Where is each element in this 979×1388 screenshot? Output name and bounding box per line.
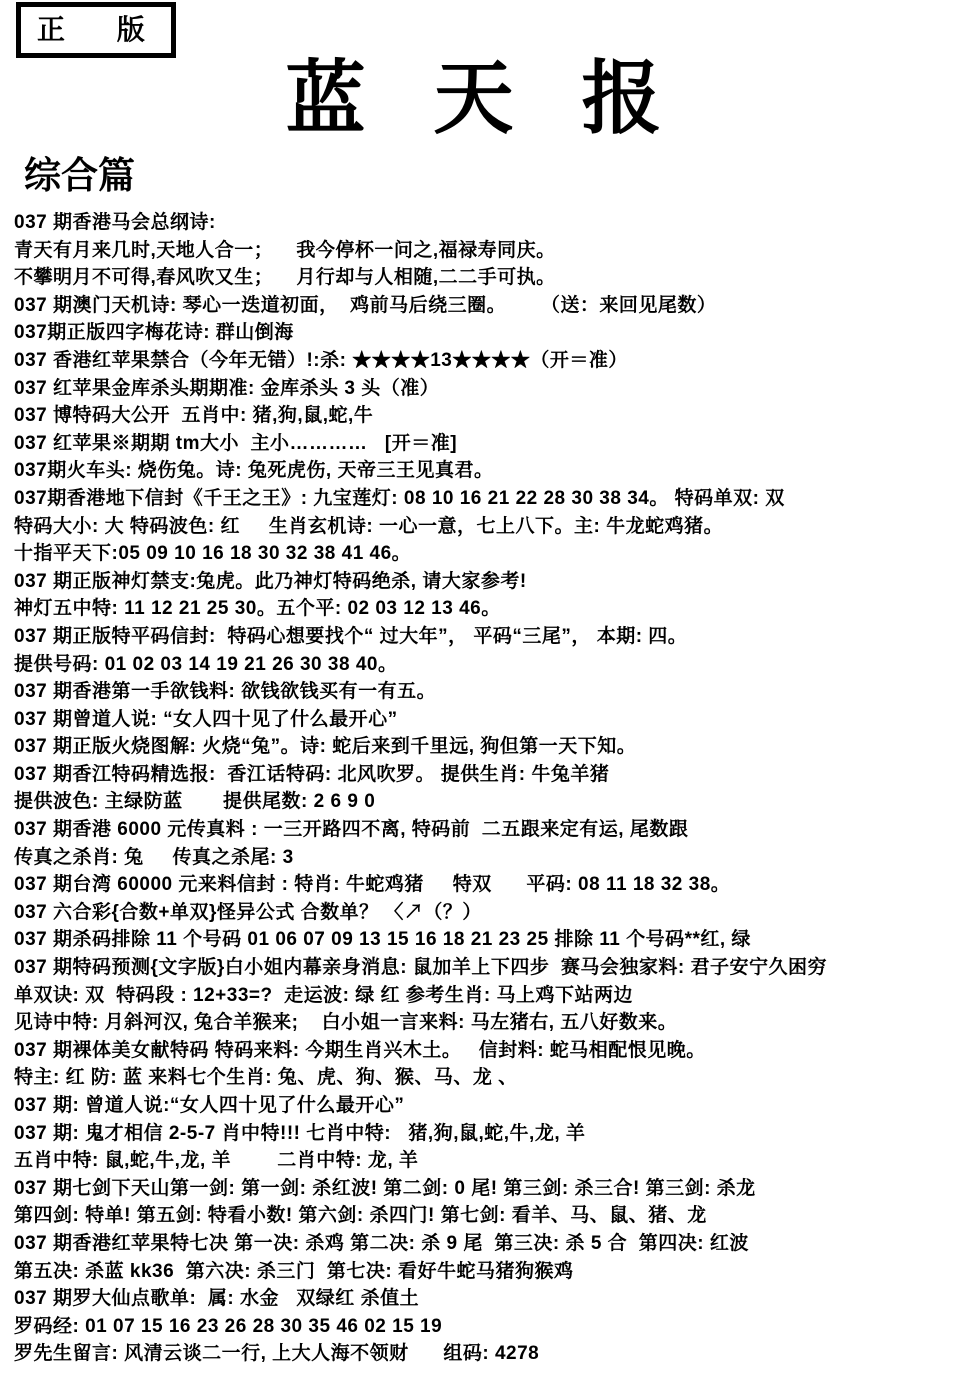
text-line-red-apple-stars: 037 香港红苹果禁合（今年无错）!:杀: ★★★★13★★★★（开＝准） <box>14 347 975 375</box>
text-line-mark-six-formula: 037 六合彩{合数+单双}怪异公式 合数单？ 〈↗（？） <box>14 899 975 927</box>
text-line-ghost-talent: 037 期: 鬼才相信 2-5-7 肖中特!!! 七肖中特: 猪,狗,鼠,蛇,牛… <box>14 1120 975 1148</box>
text-line-underground-envelope: 037期香港地下信封《千王之王》: 九宝莲灯: 08 10 16 21 22 2… <box>14 485 975 513</box>
section-title: 综合篇 <box>24 152 135 200</box>
text-line-magic-lamp-ban: 037 期正版神灯禁支:兔虎。此乃神灯特码绝杀, 请大家参考! <box>14 568 975 596</box>
text-line-seven-zodiac: 特主: 红 防: 蓝 来料七个生肖: 兔、虎、狗、猴、马、龙 、 <box>14 1064 975 1092</box>
text-line-first-hand: 037 期香港第一手欲钱料: 欲钱欲钱买有一有五。 <box>14 678 975 706</box>
text-line-luo-daxian: 037 期罗大仙点歌单: 属: 水金 双绿红 杀值土 <box>14 1285 975 1313</box>
text-line-wave-tail: 提供波色: 主绿防蓝 提供尾数: 2 6 9 0 <box>14 788 975 816</box>
newspaper-title: 蓝天报 <box>0 48 979 148</box>
text-line-plum-poem: 037期正版四字梅花诗: 群山倒海 <box>14 319 975 347</box>
text-line-tm-size: 037 红苹果※期期 tm大小 主小………… [开＝准] <box>14 430 975 458</box>
content-lines: 037 期香港马会总纲诗: 青天有月来几时,天地人合一； 我今停杯一问之,福禄寿… <box>14 209 975 1368</box>
text-line-beauty-special: 037 期裸体美女献特码 特码来料: 今期生肖兴木土。 信封料: 蛇马相配恨见晚… <box>14 1037 975 1065</box>
text-line-five-zodiac: 037 博特码大公开 五肖中: 猪,狗,鼠,蛇,牛 <box>14 402 975 430</box>
text-line-macau-poem: 037 期澳门天机诗: 琴心一迭道初面， 鸡前马后绕三圈。 （送：来回见尾数） <box>14 292 975 320</box>
text-line-luo-codes: 罗码经: 01 07 15 16 23 26 28 30 35 46 02 15… <box>14 1313 975 1341</box>
text-line-xiangjiang-report: 037 期香江特码精选报: 香江话特码: 北风吹罗。 提供生肖: 牛兔羊猪 <box>14 761 975 789</box>
text-line-prediction-text: 037 期特码预测{文字版}白小姐内幕亲身消息: 鼠加羊上下四步 赛马会独家料:… <box>14 954 975 982</box>
text-line-fax-6000: 037 期香港 6000 元传真料 : 一三开路四不离, 特码前 二五跟来定有运… <box>14 816 975 844</box>
text-line-zengdaoren-1: 037 期曾道人说: “女人四十见了什么最开心” <box>14 706 975 734</box>
text-line-taiwan-60000: 037 期台湾 60000 元来料信封 : 特肖: 牛蛇鸡猪 特双 平码: 08… <box>14 871 975 899</box>
text-line-heading-poem: 037 期香港马会总纲诗: <box>14 209 975 237</box>
text-line-fire-diagram: 037 期正版火烧图解: 火烧“兔”。诗: 蛇后来到千里远, 狗但第一天下知。 <box>14 733 975 761</box>
text-line-poem-2: 不攀明月不可得,春风吹又生； 月行却与人相随,二二手可执。 <box>14 264 975 292</box>
text-line-poem-special: 见诗中特: 月斜河汉, 兔合羊猴来; 白小姐一言来料: 马左猪右, 五八好数来。 <box>14 1009 975 1037</box>
text-line-provided-numbers: 提供号码: 01 02 03 14 19 21 26 30 38 40。 <box>14 651 975 679</box>
text-line-kill-codes: 037 期杀码排除 11 个号码 01 06 07 09 13 15 16 18… <box>14 926 975 954</box>
text-line-odd-even: 单双诀: 双 特码段 : 12+33=? 走运波: 绿 红 参考生肖: 马上鸡下… <box>14 982 975 1010</box>
text-line-special-envelope: 037 期正版特平码信封: 特码心想要找个“ 过大年”， 平码“三尾”， 本期:… <box>14 623 975 651</box>
text-line-magic-lamp-five: 神灯五中特: 11 12 21 25 30。五个平: 02 03 12 13 4… <box>14 595 975 623</box>
newspaper-page: 正 版 蓝天报 综合篇 037 期香港马会总纲诗: 青天有月来几时,天地人合一；… <box>0 0 979 1388</box>
text-line-size-wave: 特码大小: 大 特码波色: 红 生肖玄机诗: 一心一意，七上八下。主: 牛龙蛇鸡… <box>14 513 975 541</box>
text-line-zengdaoren-2: 037 期: 曾道人说:“女人四十见了什么最开心” <box>14 1092 975 1120</box>
text-line-seven-tactics-2: 第五决: 杀蓝 kk36 第六决: 杀三门 第七决: 看好牛蛇马猪狗猴鸡 <box>14 1258 975 1286</box>
text-line-seven-swords-1: 037 期七剑下天山第一剑: 第一剑: 杀红波! 第二剑: 0 尾! 第三剑: … <box>14 1175 975 1203</box>
text-line-train-head: 037期火车头: 烧伤兔。诗: 兔死虎伤, 天帝三王见真君。 <box>14 457 975 485</box>
text-line-ten-fingers: 十指平天下:05 09 10 16 18 30 32 38 41 46。 <box>14 540 975 568</box>
text-line-poem-1: 青天有月来几时,天地人合一； 我今停杯一问之,福禄寿同庆。 <box>14 237 975 265</box>
text-line-fax-kill: 传真之杀肖: 兔 传真之杀尾: 3 <box>14 844 975 872</box>
text-line-luo-message: 罗先生留言: 风清云谈二一行, 上大人海不领财 组码: 4278 <box>14 1340 975 1368</box>
text-line-five-two-zodiac: 五肖中特: 鼠,蛇,牛,龙, 羊 二肖中特: 龙, 羊 <box>14 1147 975 1175</box>
text-line-gold-vault: 037 红苹果金库杀头期期准: 金库杀头 3 头（准） <box>14 375 975 403</box>
text-line-seven-tactics-1: 037 期香港红苹果特七决 第一决: 杀鸡 第二决: 杀 9 尾 第三决: 杀 … <box>14 1230 975 1258</box>
text-line-seven-swords-2: 第四剑: 特单! 第五剑: 特看小数! 第六剑: 杀四门! 第七剑: 看羊、马、… <box>14 1202 975 1230</box>
